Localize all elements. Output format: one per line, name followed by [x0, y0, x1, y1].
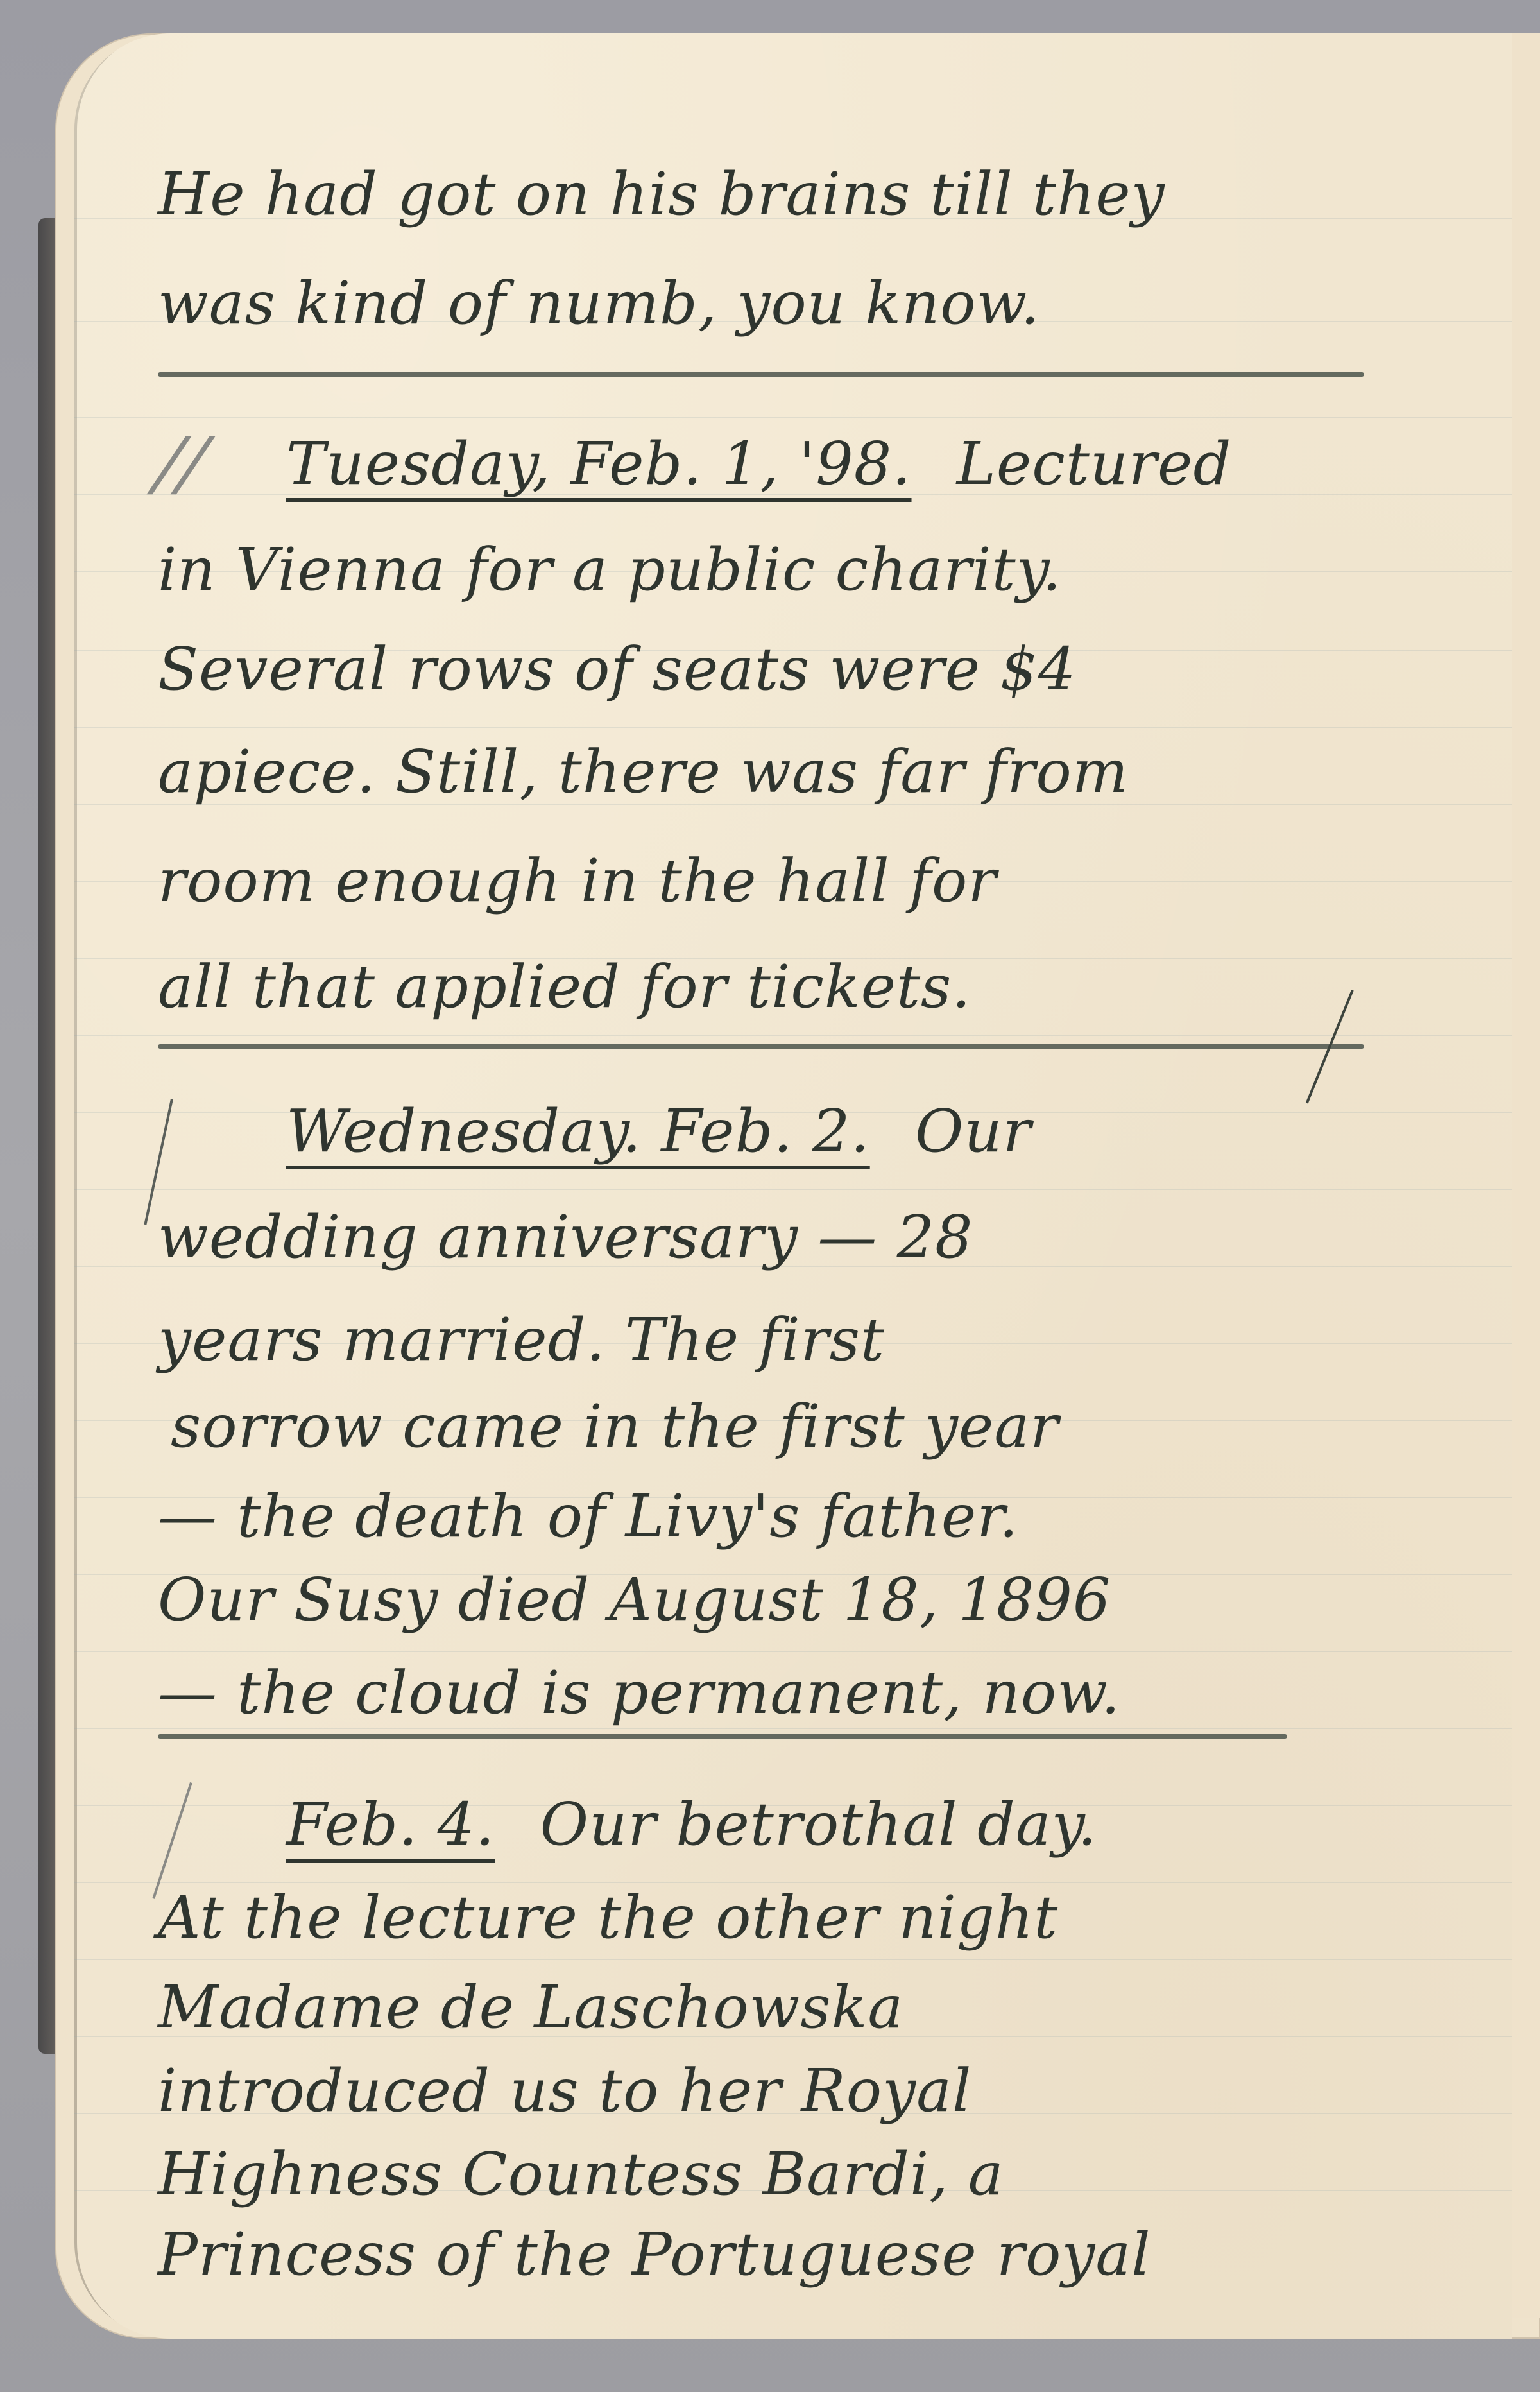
entry-line: introduced us to her Royal [158, 2061, 971, 2121]
entry-line: Several rows of seats were $4 [158, 640, 1077, 699]
diary-page: He had got on his brains till they was k… [74, 33, 1512, 2339]
entry-line: all that applied for tickets. [158, 958, 971, 1017]
entry-line: Princess of the Portuguese royal [158, 2225, 1151, 2284]
entry-line: — the death of Livy's father. [158, 1487, 1018, 1546]
handwritten-line: He had got on his brains till they [158, 165, 1165, 224]
entry-text: Lectured [957, 429, 1232, 498]
ruled-line [74, 417, 1512, 418]
entry-date: Wednesday. Feb. 2. Our [286, 1102, 1032, 1161]
entry-date-text: Wednesday. Feb. 2. [286, 1097, 870, 1166]
entry-line: apiece. Still, there was far from [158, 743, 1129, 802]
entry-line: Highness Countess Bardi, a [158, 2145, 1004, 2204]
entry-text: Our betrothal day. [540, 1790, 1097, 1859]
section-divider [158, 1044, 1364, 1049]
facing-page-edge [1509, 33, 1540, 2318]
entry-line: Our Susy died August 18, 1896 [158, 1570, 1111, 1630]
handwritten-line: was kind of numb, you know. [158, 274, 1040, 333]
entry-line: Madame de Laschowska [158, 1978, 903, 2037]
entry-line: — the cloud is permanent, now. [158, 1664, 1120, 1723]
entry-line: sorrow came in the first year [171, 1397, 1059, 1456]
entry-date: Feb. 4. Our betrothal day. [286, 1795, 1097, 1854]
entry-line: years married. The first [158, 1311, 885, 1370]
entry-line: At the lecture the other night [158, 1888, 1058, 1947]
entry-line: wedding anniversary — 28 [158, 1208, 973, 1267]
ruled-line [74, 1189, 1512, 1190]
entry-line: room enough in the hall for [158, 852, 997, 911]
ruled-line [74, 1959, 1512, 1960]
section-divider [158, 1734, 1287, 1739]
ruled-line [74, 1035, 1512, 1036]
entry-date-text: Feb. 4. [286, 1790, 495, 1859]
ruled-line [74, 1651, 1512, 1652]
entry-text: Our [915, 1097, 1032, 1166]
ruled-line [74, 727, 1512, 728]
pencil-margin-mark: // [145, 428, 218, 499]
section-divider [158, 372, 1364, 377]
ruled-line [74, 1728, 1512, 1729]
entry-date: Tuesday, Feb. 1, '98. Lectured [286, 435, 1231, 494]
entry-line: in Vienna for a public charity. [158, 540, 1062, 599]
entry-date-text: Tuesday, Feb. 1, '98. [286, 429, 912, 498]
